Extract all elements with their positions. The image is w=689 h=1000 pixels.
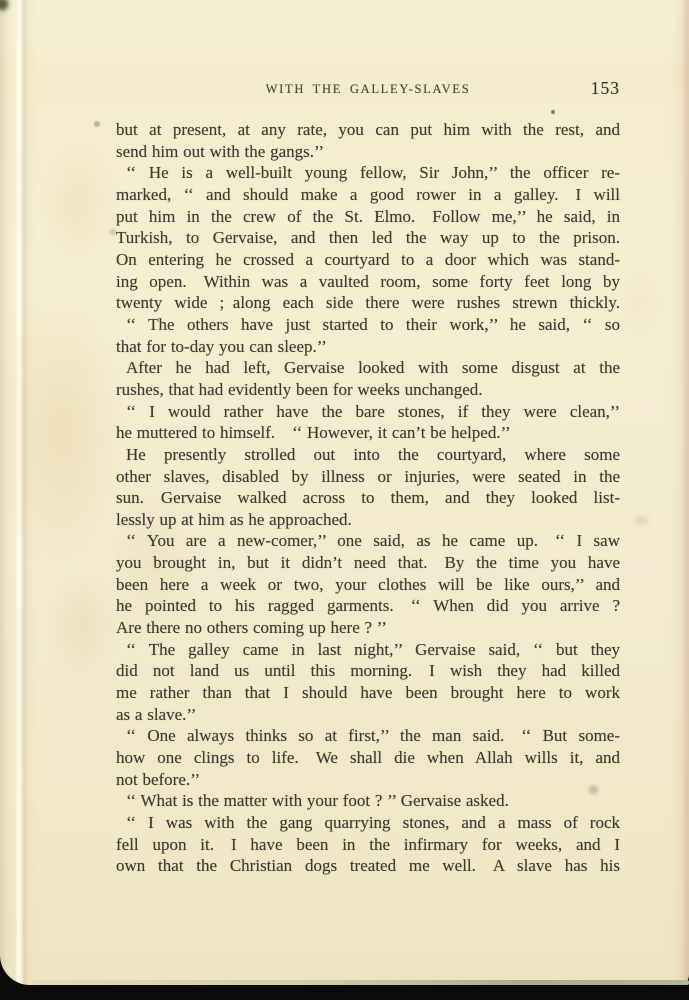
text-line: ‘‘ One always thinks so at first,’’ the … bbox=[116, 725, 620, 747]
book-scan: WITH THE GALLEY-SLAVES 153 but at presen… bbox=[0, 0, 689, 1000]
text-line: He presently strolled out into the court… bbox=[116, 444, 620, 466]
text-line: he muttered to himself. ‘‘ However, it c… bbox=[116, 422, 620, 444]
text-line: did not land us until this morning. I wi… bbox=[116, 660, 620, 682]
text-line: sun. Gervaise walked across to them, and… bbox=[116, 487, 620, 509]
text-line: Turkish, to Gervaise, and then led the w… bbox=[116, 227, 620, 249]
text-line: Are there no others coming up here ? ’’ bbox=[116, 617, 620, 639]
text-line: ‘‘ The galley came in last night,’’ Gerv… bbox=[116, 639, 620, 661]
text-line: ing open. Within was a vaulted room, som… bbox=[116, 271, 620, 293]
ink-speck bbox=[94, 121, 100, 127]
page-header-title: WITH THE GALLEY-SLAVES bbox=[116, 82, 620, 97]
text-line: On entering he crossed a courtyard to a … bbox=[116, 249, 620, 271]
text-line: lessly up at him as he approached. bbox=[116, 509, 620, 531]
text-line: ‘‘ I would rather have the bare stones, … bbox=[116, 401, 620, 423]
paper-smudge bbox=[634, 516, 648, 525]
text-line: send him out with the gangs.’’ bbox=[116, 141, 620, 163]
text-block: but at present, at any rate, you can put… bbox=[116, 119, 620, 877]
text-line: been here a week or two, your clothes wi… bbox=[116, 574, 620, 596]
text-line: not before.’’ bbox=[116, 769, 620, 791]
text-line: as a slave.’’ bbox=[116, 704, 620, 726]
text-line: me rather than that I should have been b… bbox=[116, 682, 620, 704]
text-line: you brought in, but it didn’t need that.… bbox=[116, 552, 620, 574]
text-line: how one clings to life. We shall die whe… bbox=[116, 747, 620, 769]
ink-speck bbox=[551, 110, 555, 114]
book-page: WITH THE GALLEY-SLAVES 153 but at presen… bbox=[0, 0, 689, 985]
text-line: marked, ‘‘ and should make a good rower … bbox=[116, 184, 620, 206]
running-head: WITH THE GALLEY-SLAVES 153 bbox=[116, 82, 620, 102]
text-line: own that the Christian dogs treated me w… bbox=[116, 855, 620, 877]
text-line: rushes, that had evidently been for week… bbox=[116, 379, 620, 401]
text-line: other slaves, disabled by illness or inj… bbox=[116, 466, 620, 488]
text-line: ‘‘ What is the matter with your foot ? ’… bbox=[116, 790, 620, 812]
text-line: he pointed to his ragged garments. ‘‘ Wh… bbox=[116, 595, 620, 617]
text-line: ‘‘ He is a well-built young fellow, Sir … bbox=[116, 162, 620, 184]
text-line: twenty wide ; along each side there were… bbox=[116, 292, 620, 314]
text-line: but at present, at any rate, you can put… bbox=[116, 119, 620, 141]
text-line: After he had left, Gervaise looked with … bbox=[116, 357, 620, 379]
text-line: put him in the crew of the St. Elmo. Fol… bbox=[116, 206, 620, 228]
text-line: that for to-day you can sleep.’’ bbox=[116, 336, 620, 358]
text-line: fell upon it. I have been in the infirma… bbox=[116, 834, 620, 856]
text-line: ‘‘ I was with the gang quarrying stones,… bbox=[116, 812, 620, 834]
text-line: ‘‘ The others have just started to their… bbox=[116, 314, 620, 336]
text-line: ‘‘ You are a new-comer,’’ one said, as h… bbox=[116, 530, 620, 552]
page-number: 153 bbox=[591, 78, 620, 99]
